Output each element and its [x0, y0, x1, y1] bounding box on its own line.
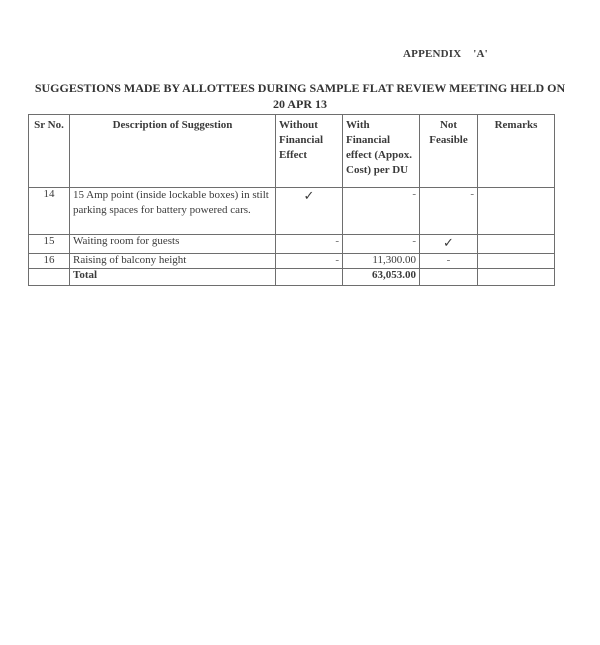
cell-empty: [29, 269, 70, 286]
cell-description: Waiting room for guests: [70, 235, 276, 254]
cell-empty: [276, 269, 343, 286]
appendix-label: APPENDIX 'A': [403, 48, 488, 60]
cell-empty: [478, 269, 555, 286]
table-row: 15 Waiting room for guests - - ✓: [29, 235, 555, 254]
cell-description: 15 Amp point (inside lockable boxes) in …: [70, 188, 276, 235]
total-value: 63,053.00: [343, 269, 420, 286]
cell-remarks: [478, 235, 555, 254]
cell-remarks: [478, 188, 555, 235]
table-row: 16 Raising of balcony height - 11,300.00…: [29, 254, 555, 269]
cell-sr-no: 16: [29, 254, 70, 269]
cell-remarks: [478, 254, 555, 269]
suggestions-table: Sr No. Description of Suggestion Without…: [28, 114, 555, 286]
checkmark-icon: ✓: [443, 235, 454, 251]
cell-sr-no: 15: [29, 235, 70, 254]
cell-empty: [420, 269, 478, 286]
table-header-row: Sr No. Description of Suggestion Without…: [29, 115, 555, 188]
cell-without-financial: -: [276, 254, 343, 269]
header-remarks: Remarks: [478, 115, 555, 188]
header-with-financial: With Financial effect (Appox. Cost) per …: [343, 115, 420, 188]
cell-without-financial: -: [276, 235, 343, 254]
cell-with-financial: -: [343, 235, 420, 254]
title-line-1: SUGGESTIONS MADE BY ALLOTTEES DURING SAM…: [20, 80, 580, 96]
checkmark-icon: ✓: [304, 188, 315, 204]
cell-not-feasible: -: [420, 254, 478, 269]
cell-sr-no: 14: [29, 188, 70, 235]
table-total-row: Total 63,053.00: [29, 269, 555, 286]
title-line-2: 20 APR 13: [20, 96, 580, 112]
header-without-financial: Without Financial Effect: [276, 115, 343, 188]
table-row: 14 15 Amp point (inside lockable boxes) …: [29, 188, 555, 235]
cell-not-feasible: -: [420, 188, 478, 235]
document-title: SUGGESTIONS MADE BY ALLOTTEES DURING SAM…: [20, 80, 580, 112]
total-label: Total: [70, 269, 276, 286]
header-not-feasible: Not Feasible: [420, 115, 478, 188]
cell-with-financial: -: [343, 188, 420, 235]
cell-description: Raising of balcony height: [70, 254, 276, 269]
header-description: Description of Suggestion: [70, 115, 276, 188]
header-sr-no: Sr No.: [29, 115, 70, 188]
cell-with-financial: 11,300.00: [343, 254, 420, 269]
